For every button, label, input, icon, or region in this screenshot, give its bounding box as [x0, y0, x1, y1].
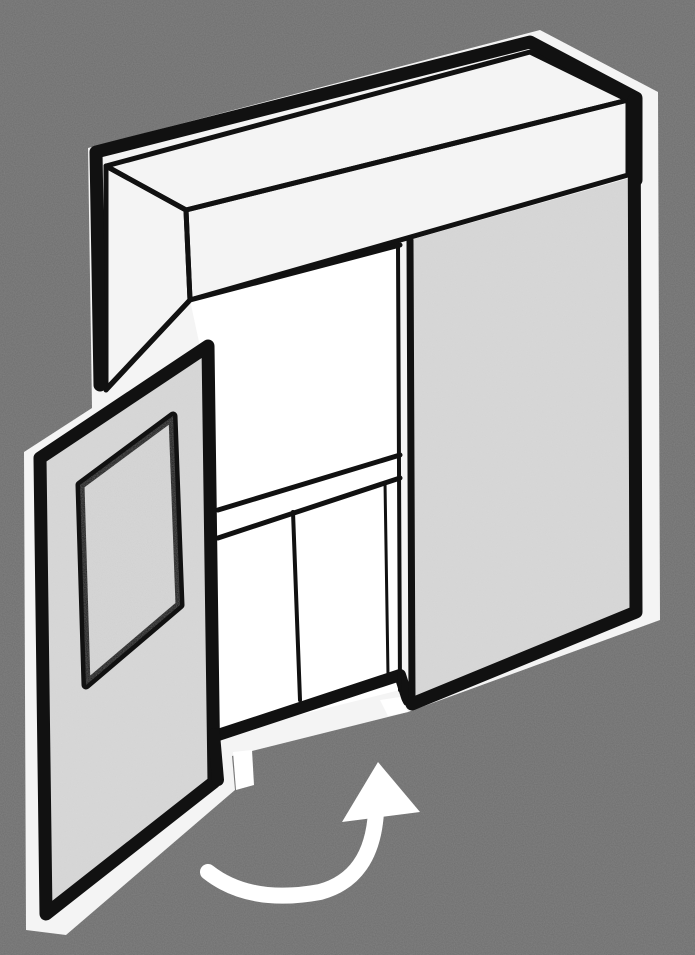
cabinet-diagram: [0, 0, 695, 955]
right-panel-left-edge: [410, 240, 412, 700]
interior-post-left: [398, 245, 400, 690]
hinge-floor-mark: [233, 750, 254, 790]
door-hinge-edge: [214, 734, 218, 780]
cabinet-illustration: [0, 0, 695, 955]
